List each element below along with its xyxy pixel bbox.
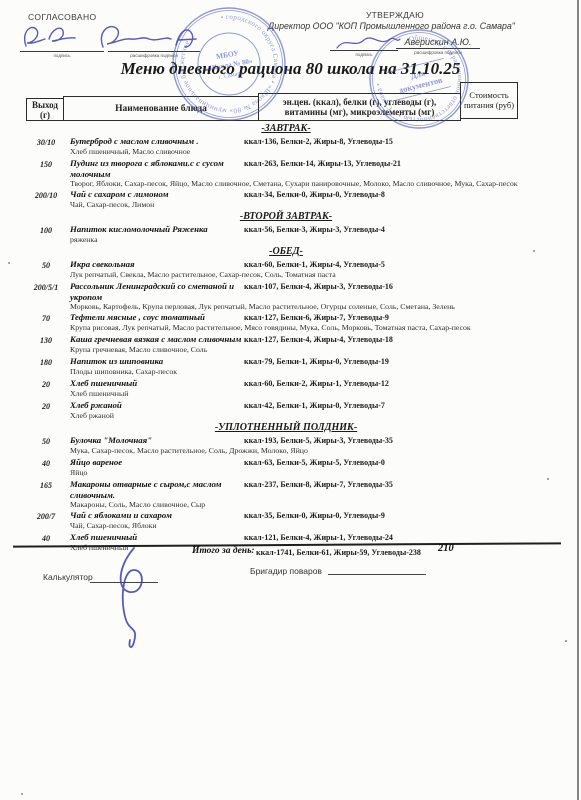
menu-item-row: 50 Булочка "Молочная" Мука, Сахар-песок,… xyxy=(26,435,546,457)
item-output-weight: 40 xyxy=(26,459,66,468)
item-dish-name: Бутерброд с маслом сливочным . xyxy=(70,136,250,147)
approved-label: УТВЕРЖДАЮ xyxy=(345,10,445,20)
document-title: Меню дневного рациона 80 школа на 31.10.… xyxy=(0,59,581,79)
calculator-handwritten-signature xyxy=(104,544,159,652)
daily-total-nutrition: ккал-1741, Белки-61, Жиры-59, Углеводы-2… xyxy=(256,548,421,557)
item-output-weight: 50 xyxy=(26,437,66,446)
item-ingredients: Хлеб пшеничный xyxy=(70,389,546,398)
scan-speck xyxy=(533,250,535,252)
item-ingredients: Макароны, Соль, Масло сливочное, Сыр xyxy=(70,500,546,509)
item-nutrition: ккал-127, Белки-4, Жиры-4, Углеводы-18 xyxy=(244,335,539,344)
item-ingredients: Морковь, Картофель, Крупа перловая, Лук … xyxy=(70,302,546,311)
item-dish-name: Макароны отварные с сыром,с маслом сливо… xyxy=(70,479,250,500)
item-output-weight: 70 xyxy=(26,314,66,323)
menu-item-row: 180 Напиток из шиповника Плоды шиповника… xyxy=(26,356,546,378)
item-dish-name: Булочка "Молочная" xyxy=(70,435,250,446)
item-ingredients: Хлеб ржаной xyxy=(70,411,546,420)
item-nutrition: ккал-35, Белки-0, Жиры-0, Углеводы-9 xyxy=(244,511,539,520)
item-nutrition: ккал-42, Белки-1, Жиры-0, Углеводы-7 xyxy=(244,401,539,410)
menu-item-row: 130 Каша гречневая вязкая с маслом сливо… xyxy=(26,334,546,356)
scan-speck xyxy=(547,478,549,480)
meal-section-title: -ВТОРОЙ ЗАВТРАК- xyxy=(26,211,546,224)
item-ingredients: Плоды шиповника, Сахар-песок xyxy=(70,367,546,376)
item-nutrition: ккал-121, Белки-4, Жиры-1, Углеводы-24 xyxy=(244,533,539,542)
daily-total-cost: 210 xyxy=(438,543,454,554)
item-output-weight: 30/10 xyxy=(26,138,66,147)
item-dish-name: Чай с яблоками и сахаром xyxy=(70,510,250,521)
menu-item-row: 165 Макароны отварные с сыром,с маслом с… xyxy=(26,479,546,510)
item-ingredients: Творог, Яблоки, Сахар-песок, Яйцо, Масло… xyxy=(70,179,546,188)
item-output-weight: 200/5/1 xyxy=(26,283,66,292)
item-output-weight: 165 xyxy=(26,481,66,490)
item-ingredients: Мука, Сахар-песок, Масло растительное, С… xyxy=(70,446,546,455)
organization-round-stamp: Общество с ограниченной ответственностью… xyxy=(368,28,470,130)
item-ingredients: Лук репчатый, Свекла, Масло растительное… xyxy=(70,270,546,279)
item-output-weight: 50 xyxy=(26,261,66,270)
item-nutrition: ккал-263, Белки-14, Жиры-13, Углеводы-21 xyxy=(244,159,539,168)
item-nutrition: ккал-34, Белки-0, Жиры-0, Углеводы-8 xyxy=(244,190,539,199)
item-dish-name: Напиток из шиповника xyxy=(70,356,250,367)
item-output-weight: 40 xyxy=(26,534,66,543)
menu-item-row: 200/5/1 Рассольник Ленинградский со смет… xyxy=(26,281,546,312)
item-nutrition: ккал-237, Белки-8, Жиры-7, Углеводы-35 xyxy=(244,480,539,489)
item-output-weight: 130 xyxy=(26,336,66,345)
item-nutrition: ккал-60, Белки-2, Жиры-1, Углеводы-12 xyxy=(244,379,539,388)
item-nutrition: ккал-79, Белки-1, Жиры-0, Углеводы-19 xyxy=(244,357,539,366)
item-ingredients: Яйцо xyxy=(70,468,546,477)
item-nutrition: ккал-127, Белки-6, Жиры-7, Углеводы-9 xyxy=(244,313,539,322)
item-ingredients: Крупа гречневая, Масло сливочное, Соль xyxy=(70,345,546,354)
item-dish-name: Тефтели мясные , соус томатный xyxy=(70,312,250,323)
menu-body: -ЗАВТРАК- 30/10 Бутерброд с маслом сливо… xyxy=(26,123,546,554)
menu-item-row: 150 Пудинг из творога с яблоками.с с сус… xyxy=(26,158,546,189)
menu-item-row: 70 Тефтели мясные , соус томатный Крупа … xyxy=(26,312,546,334)
item-dish-name: Напиток кисломолочный Ряженка xyxy=(70,224,250,235)
item-output-weight: 150 xyxy=(26,160,66,169)
item-dish-name: Хлеб ржаной xyxy=(70,400,250,411)
item-output-weight: 20 xyxy=(26,380,66,389)
item-dish-name: Каша гречневая вязкая с маслом сливочным xyxy=(70,334,250,345)
scan-edge-line xyxy=(577,0,579,800)
item-ingredients: Чай, Сахар-песок, Лимон xyxy=(70,200,546,209)
item-dish-name: Хлеб пшеничный xyxy=(70,378,250,389)
school-round-stamp: • городского округа Самара • «Школа № 80… xyxy=(170,2,288,124)
item-ingredients: ряженка xyxy=(70,235,546,244)
item-output-weight: 200/7 xyxy=(26,512,66,521)
svg-text:Общество с ограниченной ответс: Общество с ограниченной ответственностью… xyxy=(368,28,470,130)
item-output-weight: 200/10 xyxy=(26,191,66,200)
menu-item-row: 20 Хлеб пшеничный Хлеб пшеничный ккал-60… xyxy=(26,378,546,400)
item-nutrition: ккал-136, Белки-2, Жиры-8, Углеводы-15 xyxy=(244,137,539,146)
item-nutrition: ккал-193, Белки-5, Жиры-3, Углеводы-35 xyxy=(244,436,539,445)
scanned-menu-document: { "colors": { "stamp_blue": "#4150b8", "… xyxy=(0,0,581,800)
menu-item-row: 200/7 Чай с яблоками и сахаром Чай, Саха… xyxy=(26,510,546,532)
scan-speck xyxy=(21,793,23,795)
school-stamp-center-line2: «Школа № 80» xyxy=(205,57,253,73)
item-ingredients: Хлеб пшеничный, Масло сливочное xyxy=(70,147,546,156)
item-dish-name: Хлеб пшеничный xyxy=(70,532,250,543)
scan-speck xyxy=(565,640,567,642)
school-stamp-center-line3: г. Самара xyxy=(218,70,244,81)
item-nutrition: ккал-107, Белки-4, Жиры-3, Углеводы-16 xyxy=(244,282,539,291)
org-stamp-ring-text: Общество с ограниченной ответственностью… xyxy=(368,28,470,130)
chef-signature-line xyxy=(328,574,426,575)
calculator-label: Калькулятор xyxy=(43,572,93,582)
item-dish-name: Яйцо вареное xyxy=(70,457,250,468)
meal-section-title: -УПЛОТНЕННЫЙ ПОЛДНИК- xyxy=(26,422,546,435)
item-output-weight: 20 xyxy=(26,402,66,411)
menu-item-row: 200/10 Чай с сахаром с лимоном Чай, Саха… xyxy=(26,189,546,211)
daily-total-label: Итого за день: xyxy=(192,546,255,556)
scan-speck xyxy=(8,262,10,264)
item-dish-name: Икра свекольная xyxy=(70,259,250,270)
item-ingredients: Крупа рисовая, Лук репчатый, Масло расти… xyxy=(70,323,546,332)
item-output-weight: 100 xyxy=(26,226,66,235)
item-nutrition: ккал-56, Белки-3, Жиры-3, Углеводы-4 xyxy=(244,225,539,234)
item-ingredients: Чай, Сахар-песок, Яблоки xyxy=(70,521,546,530)
item-dish-name: Рассольник Ленинградский со сметаной и у… xyxy=(70,281,250,302)
meal-section-title: -ОБЕД- xyxy=(26,246,546,259)
item-dish-name: Чай с сахаром с лимоном xyxy=(70,189,250,200)
column-header-output: Выход (г) xyxy=(26,98,64,121)
menu-item-row: 40 Яйцо вареное Яйцо ккал-63, Белки-5, Ж… xyxy=(26,457,546,479)
item-nutrition: ккал-60, Белки-1, Жиры-4, Углеводы-5 xyxy=(244,260,539,269)
item-output-weight: 180 xyxy=(26,358,66,367)
menu-item-row: 100 Напиток кисломолочный Ряженка ряженк… xyxy=(26,224,546,246)
item-dish-name: Пудинг из творога с яблоками.с с сусом м… xyxy=(70,158,250,179)
menu-item-row: 20 Хлеб ржаной Хлеб ржаной ккал-42, Белк… xyxy=(26,400,546,422)
menu-item-row: 30/10 Бутерброд с маслом сливочным . Хле… xyxy=(26,136,546,158)
item-nutrition: ккал-63, Белки-5, Жиры-5, Углеводы-0 xyxy=(244,458,539,467)
chef-brigadier-label: Бригадир поваров xyxy=(250,566,322,576)
menu-item-row: 50 Икра свекольная Лук репчатый, Свекла,… xyxy=(26,259,546,281)
